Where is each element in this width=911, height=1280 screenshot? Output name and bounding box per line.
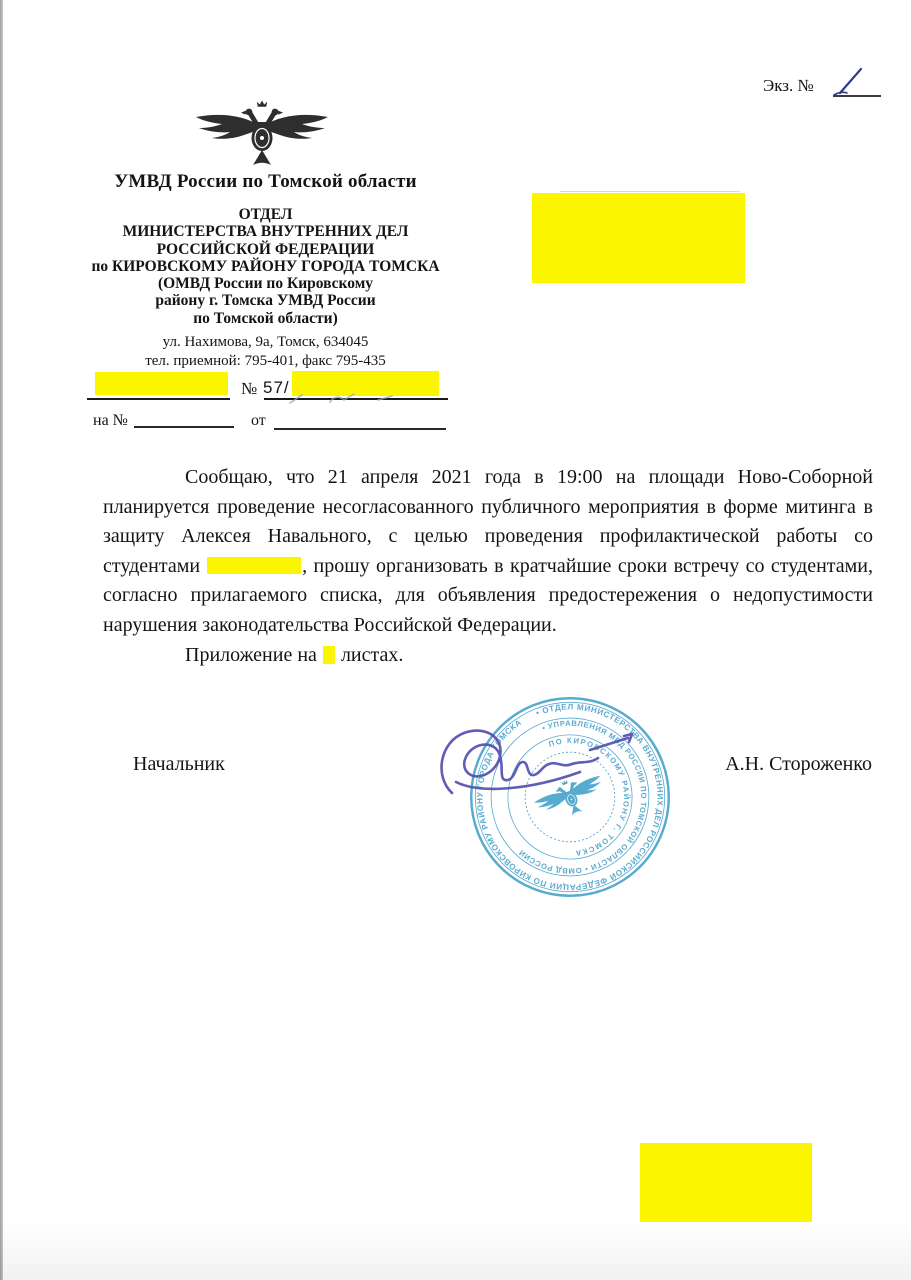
- number-sign: №: [241, 379, 257, 399]
- redaction-box-sheet-count: [323, 646, 335, 664]
- address-phone: тел. приемной: 795-401, факс 795-435: [68, 352, 463, 371]
- organization-name-block: ОТДЕЛ МИНИСТЕРСТВА ВНУТРЕННИХ ДЕЛ РОССИЙ…: [68, 206, 463, 327]
- attachment-prefix: Приложение на: [185, 644, 317, 666]
- date-underline: [87, 398, 230, 400]
- org-line: МИНИСТЕРСТВА ВНУТРЕННИХ ДЕЛ: [68, 223, 463, 240]
- faint-handwriting-marks: [282, 388, 462, 410]
- mvd-eagle-emblem-icon: [192, 98, 332, 170]
- redaction-box-inline-students: [207, 557, 301, 574]
- redaction-box-bottom: [640, 1143, 812, 1222]
- parent-organization-title: УМВД России по Томской области: [68, 171, 463, 193]
- reply-to-number-label: на №: [93, 412, 128, 430]
- org-line: ОТДЕЛ: [68, 206, 463, 223]
- reply-date-label: от: [251, 412, 266, 430]
- org-line: по Томской области): [68, 310, 463, 327]
- attachment-suffix: листах.: [341, 644, 403, 666]
- address-street: ул. Нахимова, 9а, Томск, 634045: [68, 333, 463, 352]
- exemplar-label: Экз. №: [763, 76, 814, 96]
- scan-bottom-shadow: [0, 1222, 911, 1280]
- redaction-box-date: [95, 372, 228, 395]
- scanned-letter-page: Экз. № УМВД России по Томской области ОТ…: [0, 0, 911, 1280]
- reply-date-underline: [274, 428, 446, 430]
- scan-left-edge: [0, 0, 3, 1280]
- letter-body-paragraph: Сообщаю, что 21 апреля 2021 года в 19:00…: [103, 463, 873, 640]
- scan-artifact-line: [560, 191, 740, 192]
- handwritten-signature: [420, 698, 650, 828]
- org-line: (ОМВД России по Кировскому: [68, 275, 463, 292]
- attachment-line: Приложение налистах.: [185, 644, 403, 667]
- organization-address: ул. Нахимова, 9а, Томск, 634045 тел. при…: [68, 333, 463, 370]
- signer-position: Начальник: [133, 753, 225, 776]
- redaction-box-addressee: [532, 193, 745, 283]
- org-line: району г. Томска УМВД России: [68, 292, 463, 309]
- org-line: РОССИЙСКОЙ ФЕДЕРАЦИИ: [68, 241, 463, 258]
- handwritten-exemplar-number: [828, 60, 888, 100]
- reply-number-underline: [134, 426, 234, 428]
- org-line: по КИРОВСКОМУ РАЙОНУ ГОРОДА ТОМСКА: [68, 258, 463, 275]
